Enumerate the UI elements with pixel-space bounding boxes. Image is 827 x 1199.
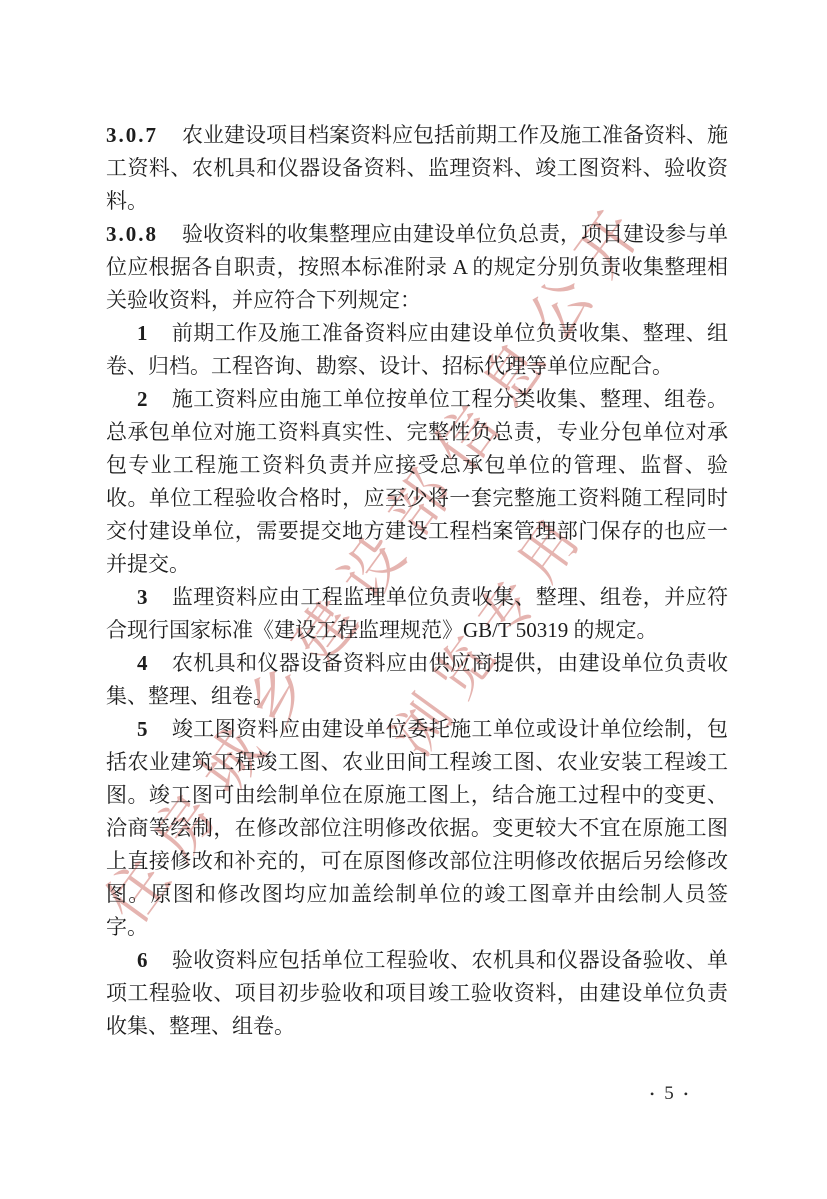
subitem-3-paragraph: 3监理资料应由工程监理单位负责收集、整理、组卷，并应符合现行国家标准《建设工程监…: [106, 581, 728, 647]
subitem-body-text: 监理资料应由工程监理单位负责收集、整理、组卷，并应符合现行国家标准《建设工程监理…: [106, 585, 728, 642]
subitem-2-paragraph: 2施工资料应由施工单位按单位工程分类收集、整理、组卷。总承包单位对施工资料真实性…: [106, 383, 728, 581]
clause-body-text: 农业建设项目档案资料应包括前期工作及施工准备资料、施工资料、农机具和仪器设备资料…: [106, 123, 728, 213]
subitem-body-text: 竣工图资料应由建设单位委托施工单位或设计单位绘制，包括农业建筑工程竣工图、农业田…: [106, 717, 728, 939]
subitem-number: 6: [137, 948, 148, 972]
clause-text-block: 3.0.7农业建设项目档案资料应包括前期工作及施工准备资料、施工资料、农机具和仪…: [106, 119, 728, 1043]
clause-3-0-8-paragraph: 3.0.8验收资料的收集整理应由建设单位负总责，项目建设参与单位应根据各自职责，…: [106, 218, 728, 317]
subitem-body-text: 施工资料应由施工单位按单位工程分类收集、整理、组卷。总承包单位对施工资料真实性、…: [106, 387, 728, 576]
subitem-number: 1: [137, 321, 148, 345]
subitem-6-paragraph: 6验收资料应包括单位工程验收、农机具和仪器设备验收、单项工程验收、项目初步验收和…: [106, 944, 728, 1043]
subitem-5-paragraph: 5竣工图资料应由建设单位委托施工单位或设计单位绘制，包括农业建筑工程竣工图、农业…: [106, 713, 728, 944]
clause-body-text: 验收资料的收集整理应由建设单位负总责，项目建设参与单位应根据各自职责，按照本标准…: [106, 222, 728, 312]
clause-3-0-7-paragraph: 3.0.7农业建设项目档案资料应包括前期工作及施工准备资料、施工资料、农机具和仪…: [106, 119, 728, 218]
subitem-number: 5: [137, 717, 148, 741]
subitem-1-paragraph: 1前期工作及施工准备资料应由建设单位负责收集、整理、组卷、归档。工程咨询、勘察、…: [106, 317, 728, 383]
subitem-body-text: 验收资料应包括单位工程验收、农机具和仪器设备验收、单项工程验收、项目初步验收和项…: [106, 948, 728, 1038]
page-number-right-dot: •: [684, 1081, 688, 1107]
subitem-number: 2: [137, 387, 148, 411]
subitem-4-paragraph: 4农机具和仪器设备资料应由供应商提供，由建设单位负责收集、整理、组卷。: [106, 647, 728, 713]
page-number: • 5 •: [603, 1081, 735, 1107]
clause-number: 3.0.8: [106, 222, 158, 246]
subitem-body-text: 农机具和仪器设备资料应由供应商提供，由建设单位负责收集、整理、组卷。: [106, 651, 728, 708]
clause-number: 3.0.7: [106, 123, 158, 147]
page-number-value: 5: [664, 1081, 674, 1107]
document-page: 住房城乡建设部信息公开 浏览专用 3.0.7农业建设项目档案资料应包括前期工作及…: [0, 0, 827, 1199]
subitem-number: 4: [137, 651, 148, 675]
subitem-number: 3: [137, 585, 148, 609]
page-number-left-dot: •: [650, 1081, 654, 1107]
subitem-body-text: 前期工作及施工准备资料应由建设单位负责收集、整理、组卷、归档。工程咨询、勘察、设…: [106, 321, 728, 378]
